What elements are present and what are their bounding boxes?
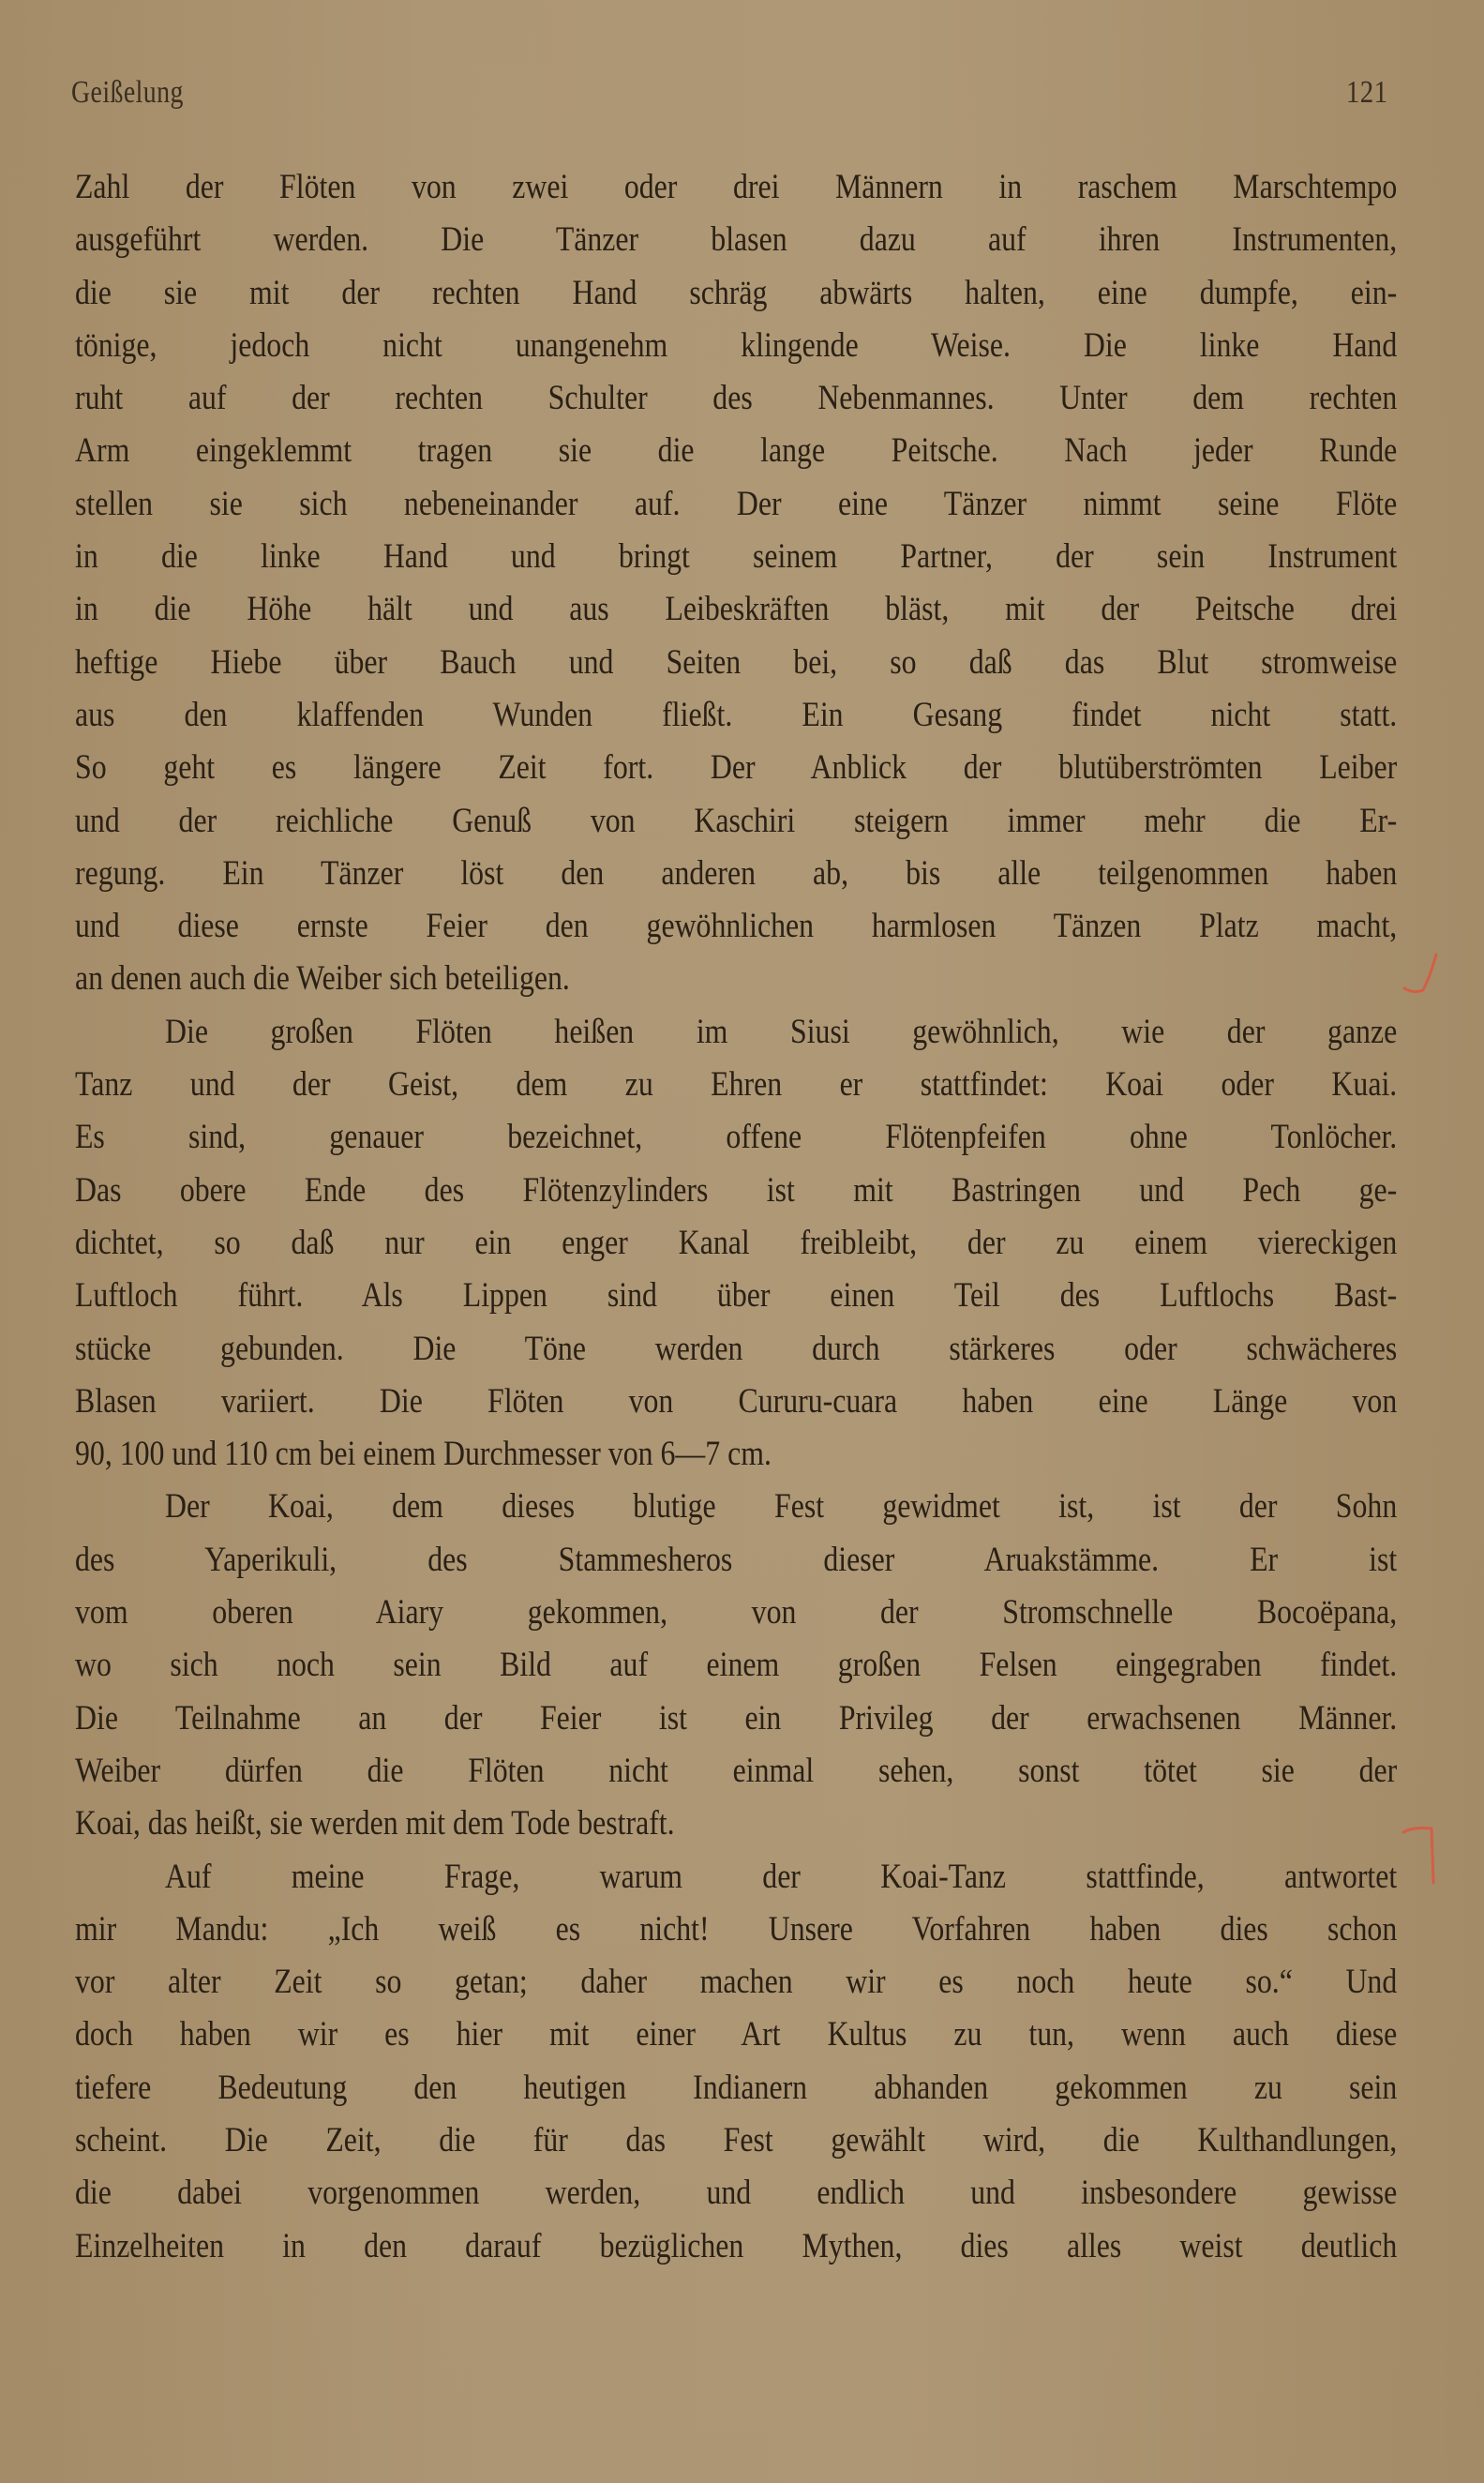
text-line-content: Es sind, genauer bezeichnet, offene Flöt… [75, 1111, 1397, 1164]
text-line-content: stücke gebunden. Die Töne werden durch s… [75, 1323, 1397, 1376]
text-line-content: 90, 100 und 110 cm bei einem Durchmesser… [75, 1428, 1397, 1481]
text-line-content: mir Mandu: „Ich weiß es nicht! Unsere Vo… [75, 1904, 1397, 1956]
text-line-content: Blasen variiert. Die Flöten von Cururu-c… [75, 1376, 1397, 1428]
text-line-content: Zahl der Flöten von zwei oder drei Männe… [75, 161, 1397, 214]
body-text: Zahl der Flöten von zwei oder drei Männe… [75, 161, 1397, 2273]
text-line: Der Koai, dem dieses blutige Fest gewidm… [75, 1481, 1397, 1533]
text-line-content: in die linke Hand und bringt seinem Part… [75, 531, 1397, 583]
text-line: Die großen Flöten heißen im Siusi gewöhn… [75, 1006, 1397, 1059]
text-line-content: regung. Ein Tänzer löst den anderen ab, … [75, 848, 1397, 900]
text-line-content: vor alter Zeit so getan; daher machen wi… [75, 1956, 1397, 2009]
text-line-content: und der reichliche Genuß von Kaschiri st… [75, 795, 1397, 848]
text-line-content: in die Höhe hält und aus Leibeskräften b… [75, 583, 1397, 636]
book-page: Geißelung 121 Zahl der Flöten von zwei o… [0, 0, 1484, 2483]
text-line-content: Das obere Ende des Flötenzylinders ist m… [75, 1165, 1397, 1217]
text-line-content: wo sich noch sein Bild auf einem großen … [75, 1639, 1397, 1692]
text-line-content: heftige Hiebe über Bauch und Seiten bei,… [75, 637, 1397, 689]
text-line: tönige, jedoch nicht unangenehm klingend… [75, 320, 1397, 372]
text-line-content: stellen sie sich nebeneinander auf. Der … [75, 478, 1397, 531]
text-line: dichtet, so daß nur ein enger Kanal frei… [75, 1217, 1397, 1270]
text-line: doch haben wir es hier mit einer Art Kul… [75, 2009, 1397, 2061]
text-line-content: Die Teilnahme an der Feier ist ein Privi… [75, 1693, 1397, 1745]
text-line-content: vom oberen Aiary gekommen, von der Strom… [75, 1587, 1397, 1639]
text-line: scheint. Die Zeit, die für das Fest gewä… [75, 2114, 1397, 2167]
text-line: Weiber dürfen die Flöten nicht einmal se… [75, 1745, 1397, 1798]
red-bracket-mark-icon [1402, 1823, 1439, 1885]
text-line: in die linke Hand und bringt seinem Part… [75, 531, 1397, 583]
text-line-content: aus den klaffenden Wunden fließt. Ein Ge… [75, 689, 1397, 742]
text-line: die dabei vorgenommen werden, und endlic… [75, 2167, 1397, 2220]
text-line-content: doch haben wir es hier mit einer Art Kul… [75, 2009, 1397, 2061]
text-line-content: die sie mit der rechten Hand schräg abwä… [75, 267, 1397, 320]
running-head: Geißelung 121 [71, 75, 1387, 122]
text-line-content: So geht es längere Zeit fort. Der Anblic… [75, 742, 1397, 794]
text-line-content: Luftloch führt. Als Lippen sind über ein… [75, 1270, 1397, 1322]
text-line-content: die dabei vorgenommen werden, und endlic… [75, 2167, 1397, 2220]
text-line-content: ruht auf der rechten Schulter des Nebenm… [75, 372, 1397, 425]
text-line-content: Auf meine Frage, warum der Koai-Tanz sta… [165, 1851, 1397, 1904]
text-line: in die Höhe hält und aus Leibeskräften b… [75, 583, 1397, 636]
text-line: und der reichliche Genuß von Kaschiri st… [75, 795, 1397, 848]
text-line: Die Teilnahme an der Feier ist ein Privi… [75, 1693, 1397, 1745]
text-line: aus den klaffenden Wunden fließt. Ein Ge… [75, 689, 1397, 742]
text-line-content: Die großen Flöten heißen im Siusi gewöhn… [165, 1006, 1397, 1059]
red-check-mark-icon [1401, 949, 1442, 1005]
text-line: Zahl der Flöten von zwei oder drei Männe… [75, 161, 1397, 214]
text-line: die sie mit der rechten Hand schräg abwä… [75, 267, 1397, 320]
text-line: Auf meine Frage, warum der Koai-Tanz sta… [75, 1851, 1397, 1904]
text-line-content: Arm eingeklemmt tragen sie die lange Pei… [75, 425, 1397, 477]
text-line-content: tiefere Bedeutung den heutigen Indianern… [75, 2062, 1397, 2114]
text-line: Blasen variiert. Die Flöten von Cururu-c… [75, 1376, 1397, 1428]
text-line: vor alter Zeit so getan; daher machen wi… [75, 1956, 1397, 2009]
text-line-content: und diese ernste Feier den gewöhnlichen … [75, 900, 1397, 953]
text-line: ausgeführt werden. Die Tänzer blasen daz… [75, 214, 1397, 266]
text-line-content: des Yaperikuli, des Stammesheros dieser … [75, 1534, 1397, 1587]
text-line: mir Mandu: „Ich weiß es nicht! Unsere Vo… [75, 1904, 1397, 1956]
text-line: Tanz und der Geist, dem zu Ehren er stat… [75, 1059, 1397, 1111]
text-line: heftige Hiebe über Bauch und Seiten bei,… [75, 637, 1397, 689]
text-line: Koai, das heißt, sie werden mit dem Tode… [75, 1798, 1397, 1850]
text-line-content: Der Koai, dem dieses blutige Fest gewidm… [165, 1481, 1397, 1533]
text-line-content: Einzelheiten in den darauf bezüglichen M… [75, 2220, 1397, 2273]
text-line: des Yaperikuli, des Stammesheros dieser … [75, 1534, 1397, 1587]
text-line: vom oberen Aiary gekommen, von der Strom… [75, 1587, 1397, 1639]
text-line-content: dichtet, so daß nur ein enger Kanal frei… [75, 1217, 1397, 1270]
text-line-content: Tanz und der Geist, dem zu Ehren er stat… [75, 1059, 1397, 1111]
text-line-content: tönige, jedoch nicht unangenehm klingend… [75, 320, 1397, 372]
text-line: tiefere Bedeutung den heutigen Indianern… [75, 2062, 1397, 2114]
text-line: So geht es längere Zeit fort. Der Anblic… [75, 742, 1397, 794]
text-line: wo sich noch sein Bild auf einem großen … [75, 1639, 1397, 1692]
text-line: Einzelheiten in den darauf bezüglichen M… [75, 2220, 1397, 2273]
text-line: Es sind, genauer bezeichnet, offene Flöt… [75, 1111, 1397, 1164]
text-line: ruht auf der rechten Schulter des Nebenm… [75, 372, 1397, 425]
chapter-title: Geißelung [71, 75, 184, 111]
text-line-content: Weiber dürfen die Flöten nicht einmal se… [75, 1745, 1397, 1798]
text-line: 90, 100 und 110 cm bei einem Durchmesser… [75, 1428, 1397, 1481]
text-line-content: ausgeführt werden. Die Tänzer blasen daz… [75, 214, 1397, 266]
text-line: stücke gebunden. Die Töne werden durch s… [75, 1323, 1397, 1376]
text-line: Luftloch führt. Als Lippen sind über ein… [75, 1270, 1397, 1322]
text-line: Das obere Ende des Flötenzylinders ist m… [75, 1165, 1397, 1217]
page-number: 121 [1345, 75, 1387, 111]
text-line: regung. Ein Tänzer löst den anderen ab, … [75, 848, 1397, 900]
text-line: stellen sie sich nebeneinander auf. Der … [75, 478, 1397, 531]
text-line: und diese ernste Feier den gewöhnlichen … [75, 900, 1397, 953]
text-line-content: an denen auch die Weiber sich beteiligen… [75, 953, 1397, 1005]
text-line-content: Koai, das heißt, sie werden mit dem Tode… [75, 1798, 1397, 1850]
text-line: an denen auch die Weiber sich beteiligen… [75, 953, 1397, 1005]
text-line: Arm eingeklemmt tragen sie die lange Pei… [75, 425, 1397, 477]
text-line-content: scheint. Die Zeit, die für das Fest gewä… [75, 2114, 1397, 2167]
